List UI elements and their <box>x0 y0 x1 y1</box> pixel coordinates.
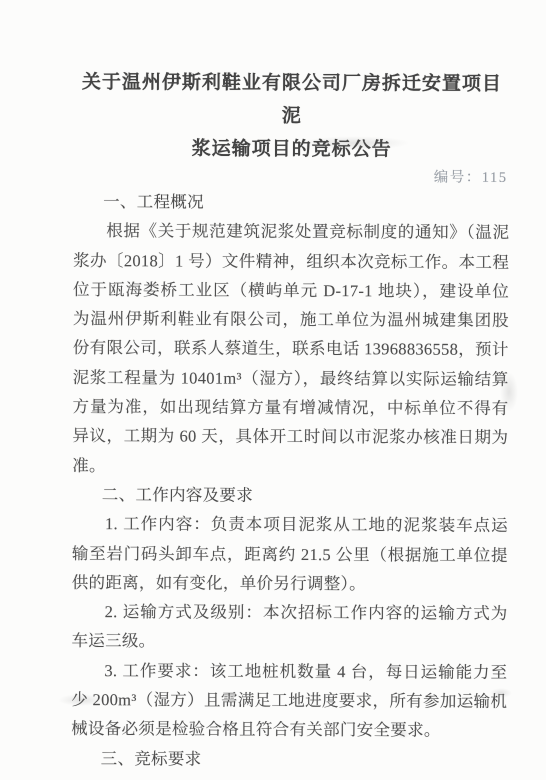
title-line-2: 浆运输项目的竞标公告 <box>74 132 510 167</box>
document-number: 编号：115 <box>73 167 509 187</box>
section-2-paragraph-2: 2. 运输方式及级别：本次招标工作内容的运输方式为车运三级。 <box>71 597 507 657</box>
scanned-document-page: 关于温州伊斯利鞋业有限公司厂房拆迁安置项目泥 浆运输项目的竞标公告 编号：115… <box>0 0 546 780</box>
document-number-value: 115 <box>482 170 508 186</box>
section-3-heading: 三、竞标要求 <box>71 744 507 775</box>
document-number-label: 编号： <box>434 170 482 186</box>
document-body: 一、工程概况 根据《关于规范建筑泥浆处置竞标制度的通知》（温泥浆办〔2018〕1… <box>71 187 510 775</box>
title-line-1: 关于温州伊斯利鞋业有限公司厂房拆迁安置项目泥 <box>74 66 510 134</box>
section-1-heading: 一、工程概况 <box>73 187 509 218</box>
document-title: 关于温州伊斯利鞋业有限公司厂房拆迁安置项目泥 浆运输项目的竞标公告 <box>74 66 510 167</box>
section-2-heading: 二、工作内容及要求 <box>72 480 508 511</box>
document-content: 关于温州伊斯利鞋业有限公司厂房拆迁安置项目泥 浆运输项目的竞标公告 编号：115… <box>71 66 510 775</box>
section-2-paragraph-3: 3. 工作要求：该工地桩机数量 4 台，每日运输能力至少 200m³（湿方）且需… <box>71 656 507 746</box>
section-1-paragraph: 根据《关于规范建筑泥浆处置竞标制度的通知》（温泥浆办〔2018〕1 号）文件精神… <box>72 216 509 482</box>
section-2-paragraph-1: 1. 工作内容：负责本项目泥浆从工地的泥浆装车点运输至岩门码头卸车点，距离约 2… <box>72 509 508 599</box>
